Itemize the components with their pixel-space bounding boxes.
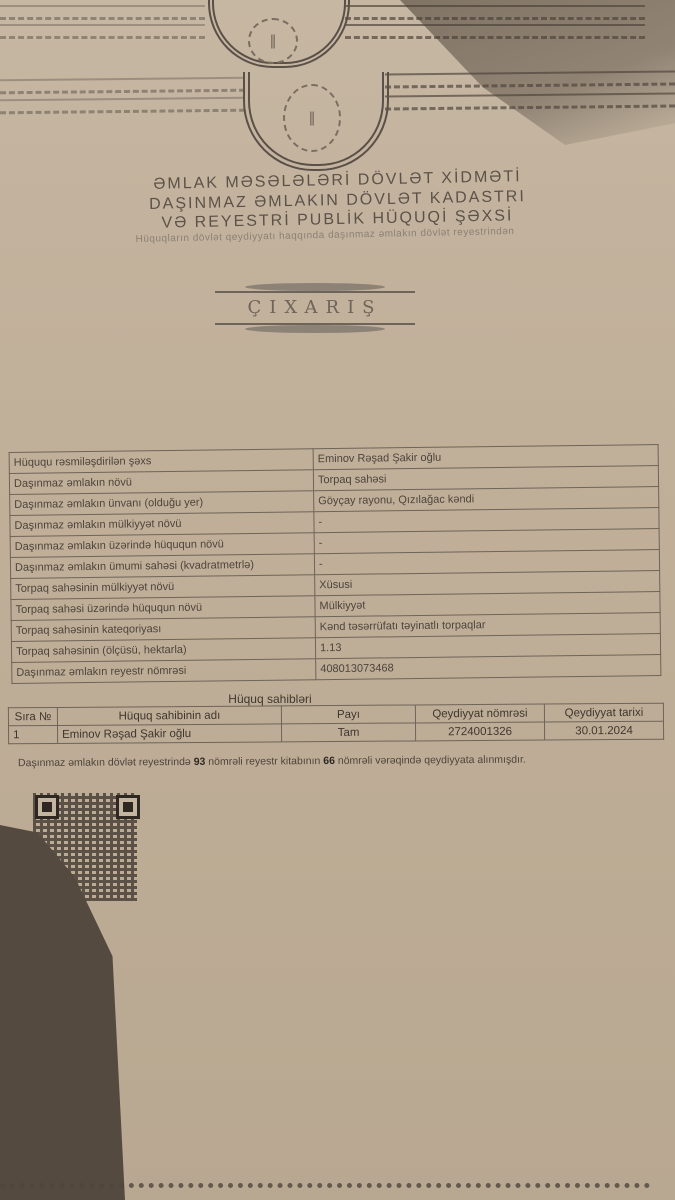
state-emblem-icon: ‖ (283, 84, 341, 152)
note-text: Daşınmaz əmlakın dövlət reyestrində (18, 756, 191, 769)
property-info-table: Hüququ rəsmiləşdirilən şəxsEminov Rəşad … (9, 444, 662, 684)
qr-finder-pattern (35, 795, 59, 819)
registration-number: 2724001326 (415, 722, 544, 741)
owners-table: Sıra № Hüquq sahibinin adı Payı Qeydiyya… (8, 703, 664, 745)
decorative-border (0, 5, 205, 20)
decorative-border (0, 1183, 650, 1188)
state-emblem-icon: ‖ (248, 18, 298, 64)
document-title: ÇIXARIŞ (215, 283, 415, 331)
field-label: Daşınmaz əmlakın reyestr nömrəsi (12, 659, 316, 684)
qr-finder-pattern (116, 795, 140, 819)
column-header: Sıra № (8, 707, 57, 725)
registration-date: 30.01.2024 (544, 721, 663, 740)
decorative-border (0, 77, 245, 95)
page-number: 66 (323, 755, 335, 767)
column-header: Payı (281, 705, 415, 724)
column-header: Qeydiyyat nömrəsi (415, 704, 544, 723)
owner-number: 1 (9, 725, 58, 743)
decorative-border (0, 24, 205, 39)
table-row: 1 Eminov Rəşad Şakir oğlu Tam 2724001326… (9, 721, 664, 744)
field-value: 408013073468 (316, 655, 661, 680)
owner-share: Tam (282, 723, 416, 742)
book-number: 93 (194, 756, 206, 768)
ornament-line (215, 291, 415, 293)
document-title-text: ÇIXARIŞ (215, 297, 415, 318)
ornament (245, 325, 385, 333)
column-header: Hüquq sahibinin adı (57, 706, 281, 726)
column-header: Qeydiyyat tarixi (544, 703, 663, 722)
ornament (245, 283, 385, 291)
note-text: nömrəli reyestr kitabının (208, 755, 320, 768)
decorative-border (0, 97, 245, 115)
owner-name: Eminov Rəşad Şakir oğlu (58, 724, 282, 744)
note-text: nömrəli vərəqində qeydiyyata alınmışdır. (338, 754, 526, 767)
